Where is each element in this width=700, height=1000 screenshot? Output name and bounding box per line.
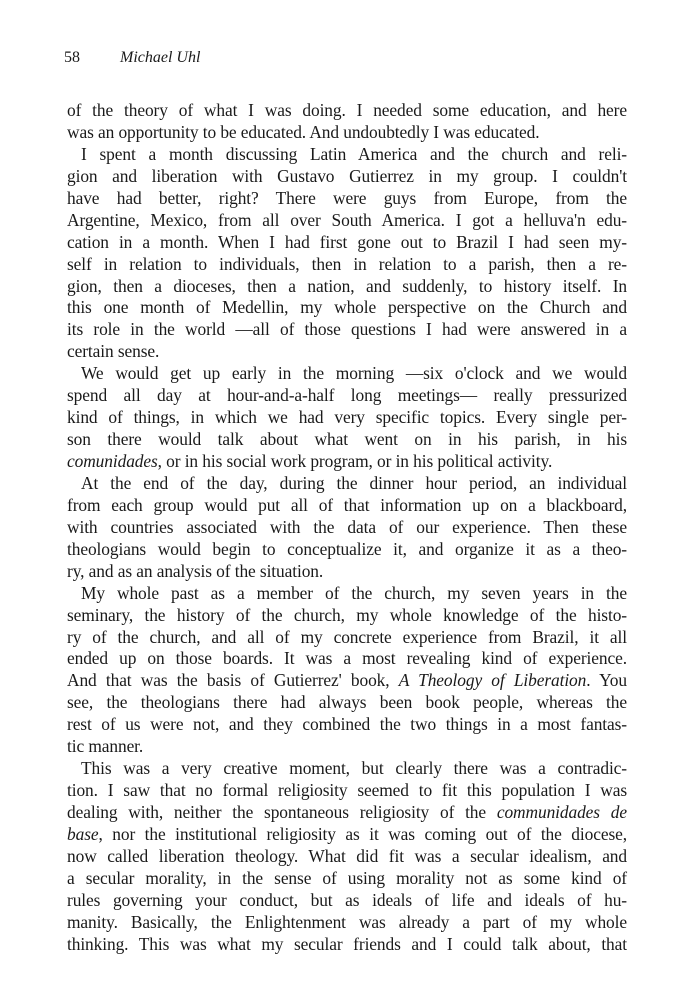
text-line: I spent a month discussing Latin America…: [67, 144, 627, 166]
page-number: 58: [64, 48, 120, 68]
text-line: theologians would begin to conceptualize…: [67, 539, 627, 561]
text-line: son there would talk about what went on …: [67, 429, 627, 451]
text-line: We would get up early in the morning —si…: [67, 363, 627, 385]
text-line: seminary, the history of the church, my …: [67, 605, 627, 627]
text-line: tic manner.: [67, 736, 627, 758]
text-line: its role in the world —all of those ques…: [67, 319, 627, 341]
text-line: certain sense.: [67, 341, 627, 363]
italic-term-base: base: [67, 824, 98, 844]
text-line: At the end of the day, during the dinner…: [67, 473, 627, 495]
italic-book-title: A Theology of Liberation: [399, 670, 587, 690]
text-line: this one month of Medellin, my whole per…: [67, 297, 627, 319]
text-line: base, nor the institutional religiosity …: [67, 824, 627, 846]
text-line: Argentine, Mexico, from all over South A…: [67, 210, 627, 232]
text-line: cation in a month. When I had first gone…: [67, 232, 627, 254]
text-line: thinking. This was what my secular frien…: [67, 934, 627, 956]
paragraph-medellin-month: I spent a month discussing Latin America…: [67, 144, 627, 363]
italic-term-communidades-de-base: communidades de: [497, 802, 627, 822]
paragraph-creative-moment: This was a very creative moment, but cle…: [67, 758, 627, 955]
text-line: manity. Basically, the Enlightenment was…: [67, 912, 627, 934]
text-fragment: , or in his social work program, or in h…: [158, 451, 553, 471]
text-line: ended up on those boards. It was a most …: [67, 648, 627, 670]
text-line: This was a very creative moment, but cle…: [67, 758, 627, 780]
paragraph-blackboard: At the end of the day, during the dinner…: [67, 473, 627, 583]
text-line: comunidades, or in his social work progr…: [67, 451, 627, 473]
text-fragment: dealing with, neither the spontaneous re…: [67, 802, 497, 822]
text-fragment: . You: [586, 670, 627, 690]
paragraph-whole-past: My whole past as a member of the church,…: [67, 583, 627, 759]
text-line: gion and liberation with Gustavo Gutierr…: [67, 166, 627, 188]
text-line: rules governing your conduct, but as ide…: [67, 890, 627, 912]
text-line: spend all day at hour-and-a-half long me…: [67, 385, 627, 407]
text-line: ry, and as an analysis of the situation.: [67, 561, 627, 583]
text-fragment: , nor the institutional religiosity as i…: [98, 824, 627, 844]
text-line: was an opportunity to be educated. And u…: [67, 122, 627, 144]
text-line: from each group would put all of that in…: [67, 495, 627, 517]
text-line: rest of us were not, and they combined t…: [67, 714, 627, 736]
running-head-author: Michael Uhl: [120, 49, 200, 66]
text-line: self in relation to individuals, then in…: [67, 254, 627, 276]
text-line: a secular morality, in the sense of usin…: [67, 868, 627, 890]
text-line: dealing with, neither the spontaneous re…: [67, 802, 627, 824]
page-body: of the theory of what I was doing. I nee…: [67, 100, 627, 956]
paragraph-meetings: We would get up early in the morning —si…: [67, 363, 627, 473]
text-line: My whole past as a member of the church,…: [67, 583, 627, 605]
text-line: kind of things, in which we had very spe…: [67, 407, 627, 429]
text-fragment: And that was the basis of Gutierrez' boo…: [67, 670, 399, 690]
paragraph-continuation: of the theory of what I was doing. I nee…: [67, 100, 627, 144]
text-line: see, the theologians there had always be…: [67, 692, 627, 714]
text-line: gion, then a dioceses, then a nation, an…: [67, 276, 627, 298]
text-line: with countries associated with the data …: [67, 517, 627, 539]
text-line: now called liberation theology. What did…: [67, 846, 627, 868]
text-line: And that was the basis of Gutierrez' boo…: [67, 670, 627, 692]
running-head: 58Michael Uhl: [64, 48, 200, 68]
text-line: ry of the church, and all of my concrete…: [67, 627, 627, 649]
text-line: tion. I saw that no formal religiosity s…: [67, 780, 627, 802]
text-line: of the theory of what I was doing. I nee…: [67, 100, 627, 122]
italic-term-comunidades: comunidades: [67, 451, 158, 471]
text-line: have had better, right? There were guys …: [67, 188, 627, 210]
